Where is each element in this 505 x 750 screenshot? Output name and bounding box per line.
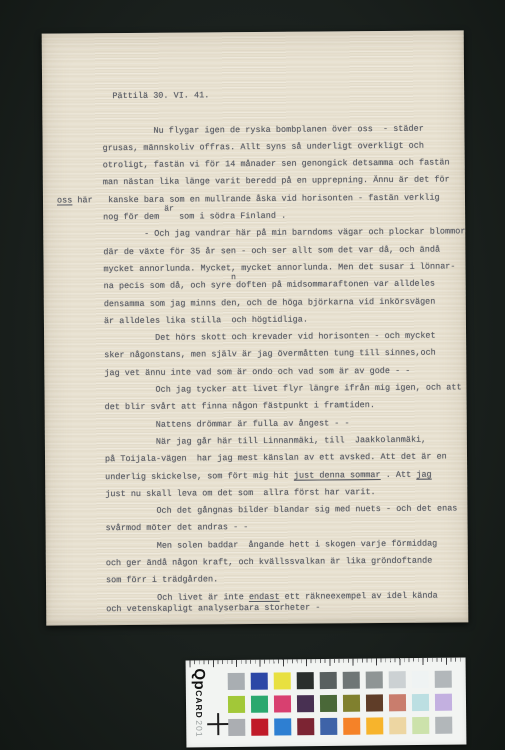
qpcard-model-number: 201	[194, 721, 204, 738]
color-patch	[251, 696, 268, 713]
text-segment: just nu skall leva om det som allra förs…	[105, 487, 375, 499]
text-segment: otroligt, fastän vi för 14 månader sen g…	[103, 158, 450, 171]
color-patch	[366, 694, 383, 711]
text-segment: svårmod möter det andras - -	[106, 522, 249, 533]
color-patch	[435, 717, 452, 734]
color-patch	[412, 671, 429, 688]
text-segment: mycket annorlunda. Mycket, mycket annorl…	[103, 261, 455, 274]
margin-note: oss här	[57, 192, 93, 210]
text-segment: som i södra Finland .	[174, 211, 286, 222]
text-segment: . Att	[381, 469, 417, 479]
color-patch	[274, 718, 291, 735]
color-patch	[320, 695, 337, 712]
ruler-scale	[190, 658, 462, 669]
text-segment: nog för dem	[103, 212, 164, 222]
underlined-text: jag	[416, 469, 431, 479]
color-patch	[297, 672, 314, 689]
text-segment: och ger ändå någon kraft, och kvällssval…	[106, 556, 433, 569]
document-lines: Pättilä 30. VI. 41. Nu flygar igen de ry…	[102, 85, 461, 618]
text-segment: underlig skickelse, som fört mig hit	[105, 470, 294, 481]
text-segment: man nästan lika länge varit beredd på en…	[103, 175, 450, 188]
text-segment: na pecis som då, och syre	[104, 280, 232, 291]
color-card: QpCARD201	[186, 658, 467, 748]
color-patch	[343, 695, 360, 712]
text-segment: Pättilä 30. VI. 41.	[102, 90, 209, 101]
color-patch	[274, 695, 291, 712]
photo-of-letter: { "scene": { "background_color": "#1b211…	[0, 0, 505, 750]
color-patch	[412, 717, 429, 734]
text-segment: grusas, männskoliv offras. Allt syns så …	[103, 141, 424, 154]
text-segment: kanske bara som en mullrande åska vid ho…	[103, 192, 440, 205]
text-line: och vetenskapligt analyserbara storheter…	[106, 598, 461, 618]
letter-paper: Pättilä 30. VI. 41. Nu flygar igen de ry…	[42, 30, 469, 625]
color-patch-grid	[228, 671, 453, 736]
text-segment: där de växte för 35 år sen - och ser all…	[103, 244, 440, 257]
inserted-text: n	[231, 273, 236, 282]
color-patch	[389, 717, 406, 734]
text-segment	[102, 108, 107, 118]
color-patch	[343, 672, 360, 689]
text-segment: densamma som jag minns den, och de höga …	[104, 296, 436, 309]
inserted-text: är	[164, 205, 174, 214]
color-patch	[251, 673, 268, 690]
text-segment: Och det gångnas bilder blandar sig med n…	[105, 504, 457, 517]
color-patch	[320, 672, 337, 689]
color-patch	[435, 671, 452, 688]
color-patch	[412, 694, 429, 711]
text-segment: sker någonstans, men själv är jag övermå…	[104, 348, 436, 361]
color-patch	[297, 695, 314, 712]
text-segment: är alldeles lika stilla och högtidliga.	[104, 314, 308, 326]
color-patch	[435, 694, 452, 711]
color-patch	[389, 694, 406, 711]
color-patch	[366, 671, 383, 688]
text-segment: här	[72, 195, 92, 205]
color-patch	[343, 718, 360, 735]
text-segment: När jag går här till Linnanmäki, till Ja…	[105, 435, 426, 448]
text-segment: doften på midsommaraftonen var alldeles	[236, 279, 435, 291]
underlined-text: oss	[57, 195, 72, 205]
text-segment: Nu flygar igen de ryska bombplanen över …	[102, 123, 423, 136]
text-segment: Men solen baddar ångande hett i skogen v…	[106, 538, 438, 551]
text-segment: Det hörs skott och krevader vid horisont…	[104, 331, 436, 344]
color-patch	[320, 718, 337, 735]
qpcard-logo-q: Qp	[191, 668, 208, 690]
color-patch	[228, 696, 245, 713]
color-patch	[366, 717, 383, 734]
text-segment: - Och jag vandrar här på min barndoms vä…	[103, 227, 465, 240]
color-patch	[389, 671, 406, 688]
color-patch	[274, 672, 291, 689]
text-segment: på Toijala-vägen har jag mest känslan av…	[105, 452, 447, 465]
underlined-text: just denna sommar	[294, 470, 381, 481]
color-patch	[297, 718, 314, 735]
text-segment: Nattens drömmar är fulla av ångest - -	[105, 418, 350, 430]
text-segment: Och jag tycker att livet flyr längre ifr…	[104, 382, 461, 395]
text-segment: och vetenskapligt analyserbara storheter…	[106, 602, 320, 614]
color-patch	[228, 719, 245, 736]
qpcard-logo-card: CARD	[194, 690, 204, 719]
registration-cross-icon	[207, 713, 229, 735]
text-segment: som förr i trädgården.	[106, 575, 218, 586]
text-segment: det blir svårt att finna någon fästpunkt…	[105, 400, 375, 412]
color-patch	[251, 719, 268, 736]
text-segment: jag vet ännu inte vad som är ondo och va…	[104, 366, 410, 378]
color-patch	[228, 673, 245, 690]
qpcard-logo: QpCARD201	[191, 668, 208, 738]
